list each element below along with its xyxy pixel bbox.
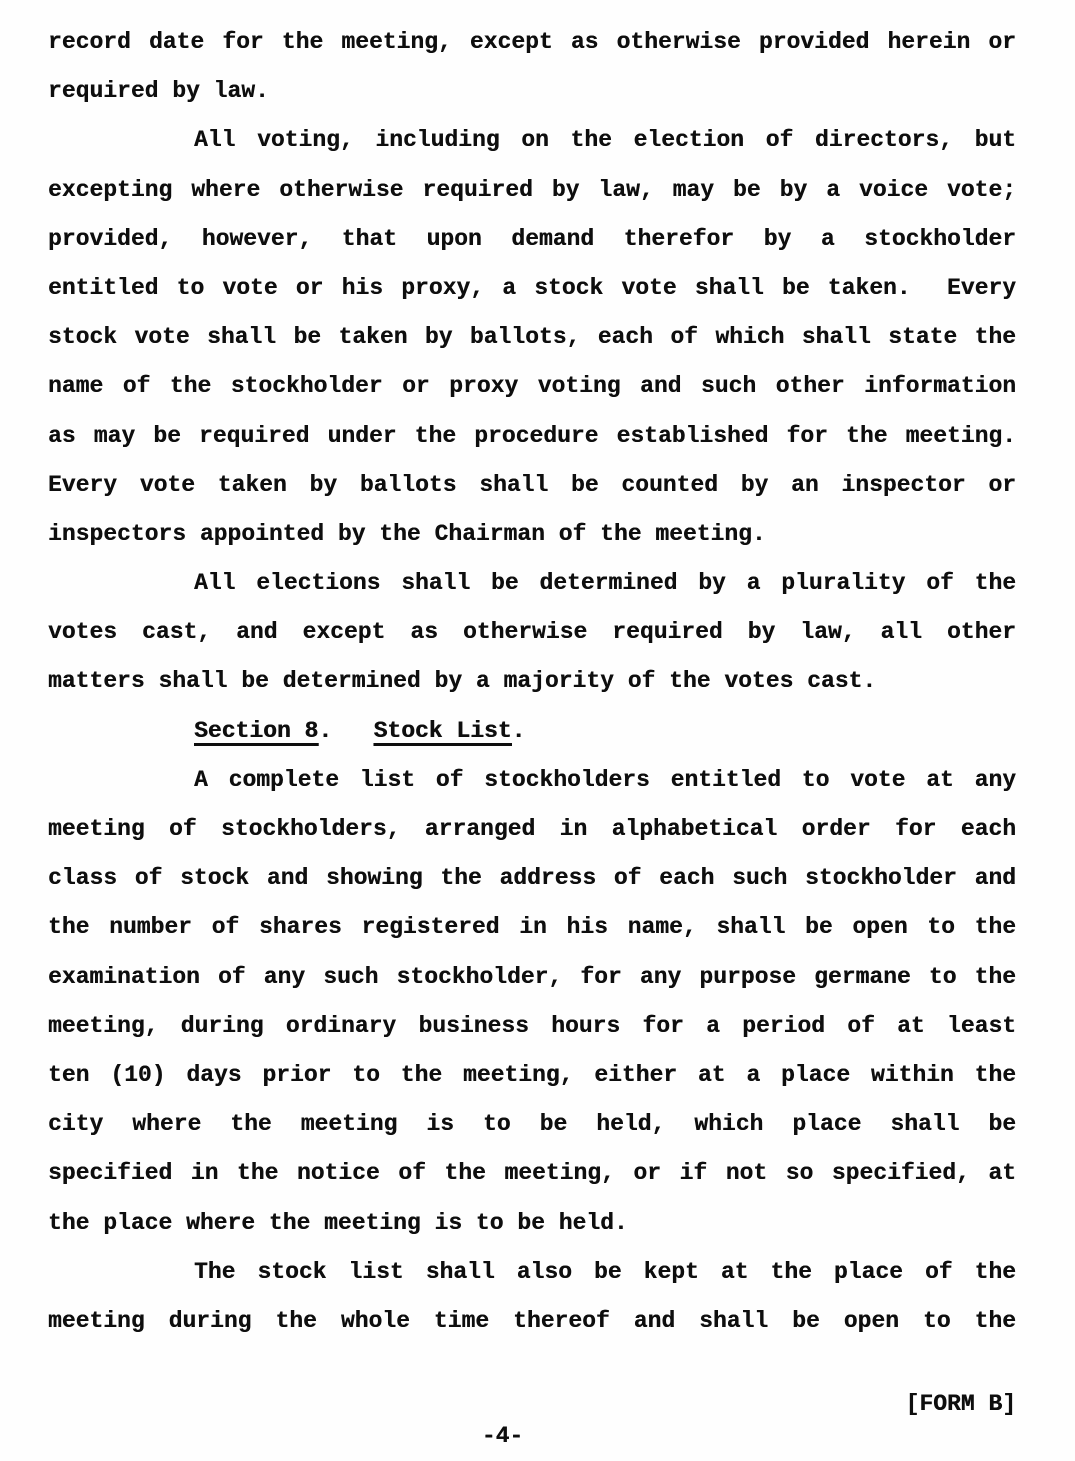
para-all-voting: All voting, including on the election of… — [48, 116, 1016, 559]
text-line: All elections shall be determined by a p… — [48, 559, 1016, 608]
text-line: as may be required under the procedure e… — [48, 412, 1016, 461]
text-line: All voting, including on the election of… — [48, 116, 1016, 165]
heading-section-8: Section 8. Stock List. — [194, 707, 1016, 756]
page-body: record date for the meeting, except as o… — [48, 18, 1016, 1346]
para-stock-list-kept: The stock list shall also be kept at the… — [48, 1248, 1016, 1346]
heading-run: Stock List — [373, 718, 511, 744]
text-line: city where the meeting is to be held, wh… — [48, 1100, 1016, 1149]
text-line: examination of any such stockholder, for… — [48, 953, 1016, 1002]
text-line: entitled to vote or his proxy, a stock v… — [48, 264, 1016, 313]
para-stock-list: A complete list of stockholders entitled… — [48, 756, 1016, 1248]
document-page: record date for the meeting, except as o… — [0, 0, 1075, 1461]
text-line: A complete list of stockholders entitled… — [48, 756, 1016, 805]
text-line: meeting during the whole time thereof an… — [48, 1297, 1016, 1346]
heading-run: . — [512, 718, 526, 744]
text-line: name of the stockholder or proxy voting … — [48, 362, 1016, 411]
heading-run — [332, 718, 373, 744]
text-line: the number of shares registered in his n… — [48, 903, 1016, 952]
heading-run: Section 8 — [194, 718, 318, 744]
text-line: Every vote taken by ballots shall be cou… — [48, 461, 1016, 510]
text-line: record date for the meeting, except as o… — [48, 18, 1016, 67]
text-line: ten (10) days prior to the meeting, eith… — [48, 1051, 1016, 1100]
text-line: required by law. — [48, 67, 1016, 116]
form-label: [FORM B] — [906, 1390, 1016, 1418]
text-line: meeting, during ordinary business hours … — [48, 1002, 1016, 1051]
text-line: meeting of stockholders, arranged in alp… — [48, 805, 1016, 854]
text-line: votes cast, and except as otherwise requ… — [48, 608, 1016, 657]
text-line: The stock list shall also be kept at the… — [48, 1248, 1016, 1297]
text-line: matters shall be determined by a majorit… — [48, 657, 1016, 706]
page-number: -4- — [0, 1422, 1005, 1450]
text-line: stock vote shall be taken by ballots, ea… — [48, 313, 1016, 362]
text-line: inspectors appointed by the Chairman of … — [48, 510, 1016, 559]
heading-run: . — [318, 718, 332, 744]
para-record-date: record date for the meeting, except as o… — [48, 18, 1016, 116]
text-line: specified in the notice of the meeting, … — [48, 1149, 1016, 1198]
text-line: the place where the meeting is to be hel… — [48, 1199, 1016, 1248]
text-line: class of stock and showing the address o… — [48, 854, 1016, 903]
text-line: excepting where otherwise required by la… — [48, 166, 1016, 215]
para-all-elections: All elections shall be determined by a p… — [48, 559, 1016, 707]
text-line: provided, however, that upon demand ther… — [48, 215, 1016, 264]
